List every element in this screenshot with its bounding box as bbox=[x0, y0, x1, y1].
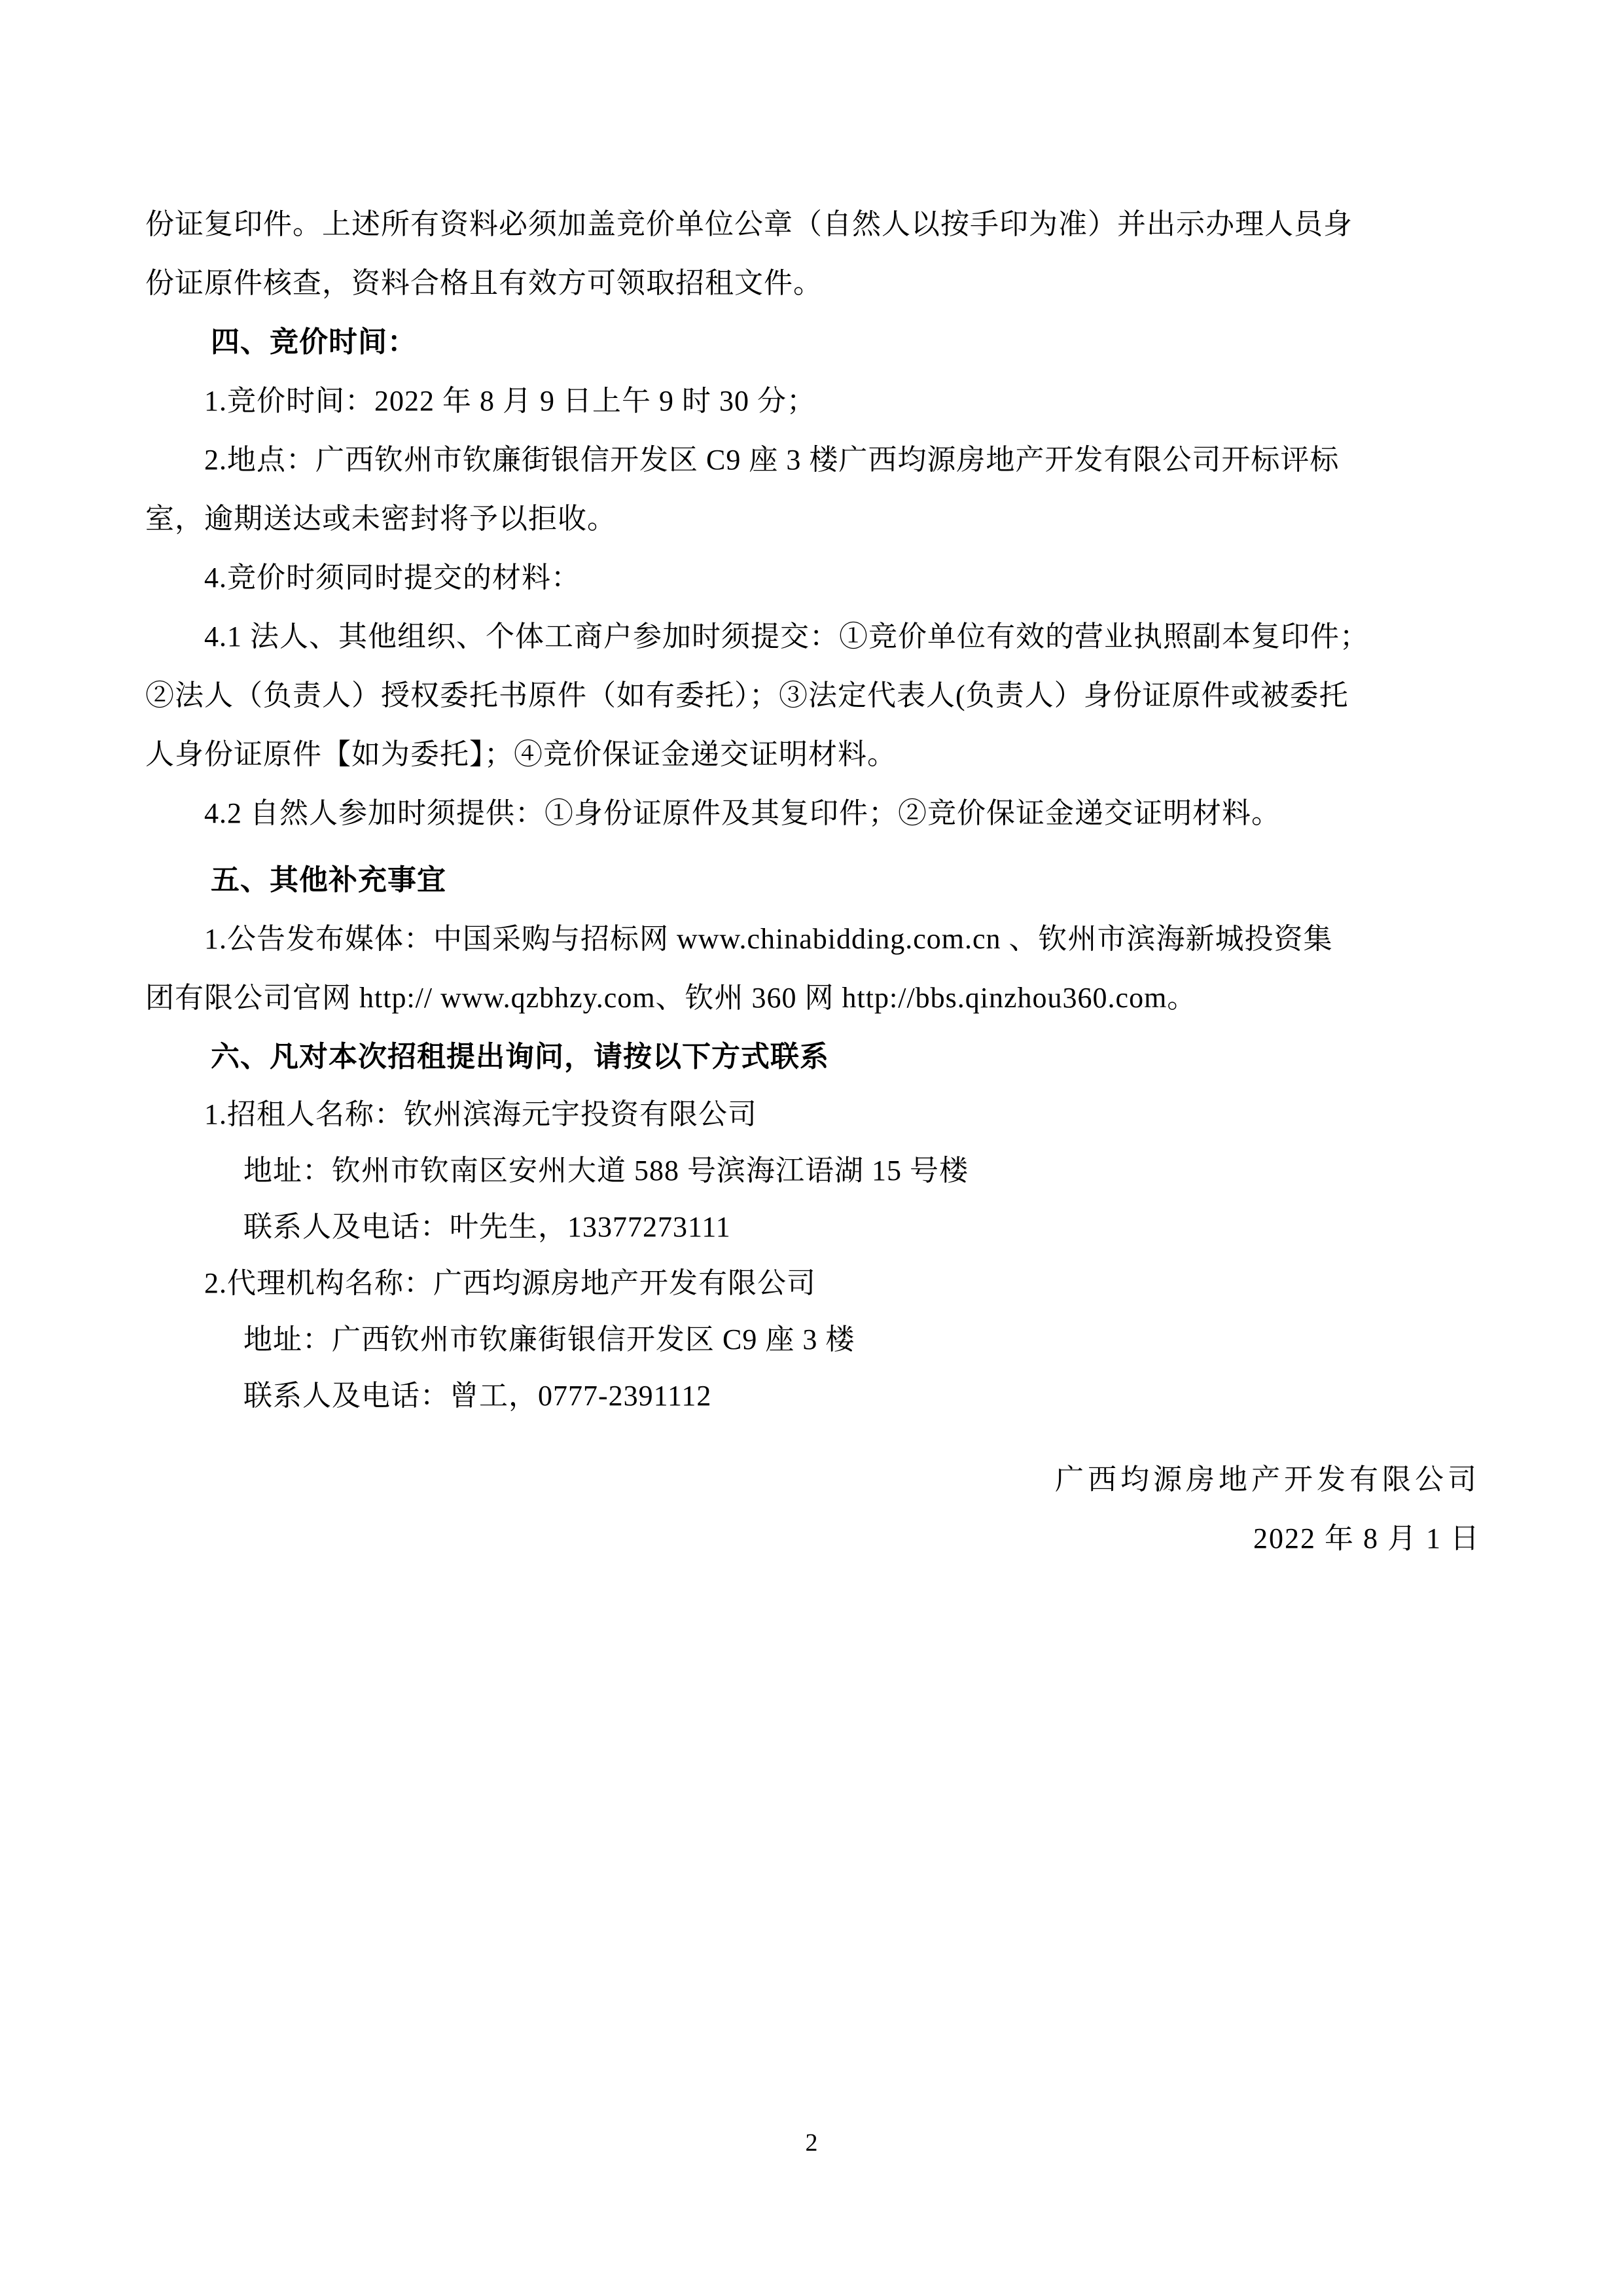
signature-date: 2022 年 8 月 1 日 bbox=[145, 1509, 1480, 1568]
item-agency-contact: 联系人及电话：曾工，0777-2391112 bbox=[145, 1368, 1480, 1424]
item-4-1-legal-person: 4.1 法人、其他组织、个体工商户参加时须提交：①竞价单位有效的营业执照副本复印… bbox=[145, 607, 1480, 666]
page-number: 2 bbox=[0, 2128, 1623, 2157]
item-lessor-address: 地址：钦州市钦南区安州大道 588 号滨海江语湖 15 号楼 bbox=[145, 1143, 1480, 1199]
item-agency-address: 地址：广西钦州市钦廉街银信开发区 C9 座 3 楼 bbox=[145, 1312, 1480, 1368]
document-page: 份证复印件。上述所有资料必须加盖竞价单位公章（自然人以按手印为准）并出示办理人员… bbox=[0, 0, 1623, 2296]
item-lessor-contact: 联系人及电话：叶先生，13377273111 bbox=[145, 1199, 1480, 1255]
body-line-continuation: 人身份证原件【如为委托】；④竞价保证金递交证明材料。 bbox=[145, 725, 1480, 784]
body-line-continuation: 团有限公司官网 http:// www.qzbhzy.com、钦州 360 网 … bbox=[145, 969, 1480, 1028]
document-body: 份证复印件。上述所有资料必须加盖竞价单位公章（自然人以按手印为准）并出示办理人员… bbox=[145, 195, 1480, 1568]
item-4-2-natural-person: 4.2 自然人参加时须提供：①身份证原件及其复印件；②竞价保证金递交证明材料。 bbox=[145, 784, 1480, 843]
section-heading-6-contact: 六、凡对本次招租提出询问，请按以下方式联系 bbox=[145, 1028, 1480, 1086]
item-bidding-time: 1.竞价时间：2022 年 8 月 9 日上午 9 时 30 分； bbox=[145, 372, 1480, 431]
item-location: 2.地点：广西钦州市钦廉街银信开发区 C9 座 3 楼广西均源房地产开发有限公司… bbox=[145, 431, 1480, 490]
body-line-continuation: 室，逾期送达或未密封将予以拒收。 bbox=[145, 490, 1480, 548]
signature-company: 广西均源房地产开发有限公司 bbox=[145, 1450, 1480, 1509]
section-heading-4-bidding-time: 四、竞价时间： bbox=[145, 313, 1480, 372]
item-required-materials: 4.竞价时须同时提交的材料： bbox=[145, 548, 1480, 607]
body-line-continuation: 份证复印件。上述所有资料必须加盖竞价单位公章（自然人以按手印为准）并出示办理人员… bbox=[145, 195, 1480, 254]
body-line-continuation: ②法人（负责人）授权委托书原件（如有委托）；③法定代表人(负责人）身份证原件或被… bbox=[145, 666, 1480, 725]
item-announcement-media: 1.公告发布媒体：中国采购与招标网 www.chinabidding.com.c… bbox=[145, 910, 1480, 969]
spacer bbox=[145, 843, 1480, 851]
section-heading-5-supplementary: 五、其他补充事宜 bbox=[145, 851, 1480, 910]
spacer bbox=[145, 1424, 1480, 1450]
body-line-continuation: 份证原件核查，资料合格且有效方可领取招租文件。 bbox=[145, 254, 1480, 313]
item-agency-name: 2.代理机构名称：广西均源房地产开发有限公司 bbox=[145, 1255, 1480, 1312]
item-lessor-name: 1.招租人名称：钦州滨海元宇投资有限公司 bbox=[145, 1086, 1480, 1143]
